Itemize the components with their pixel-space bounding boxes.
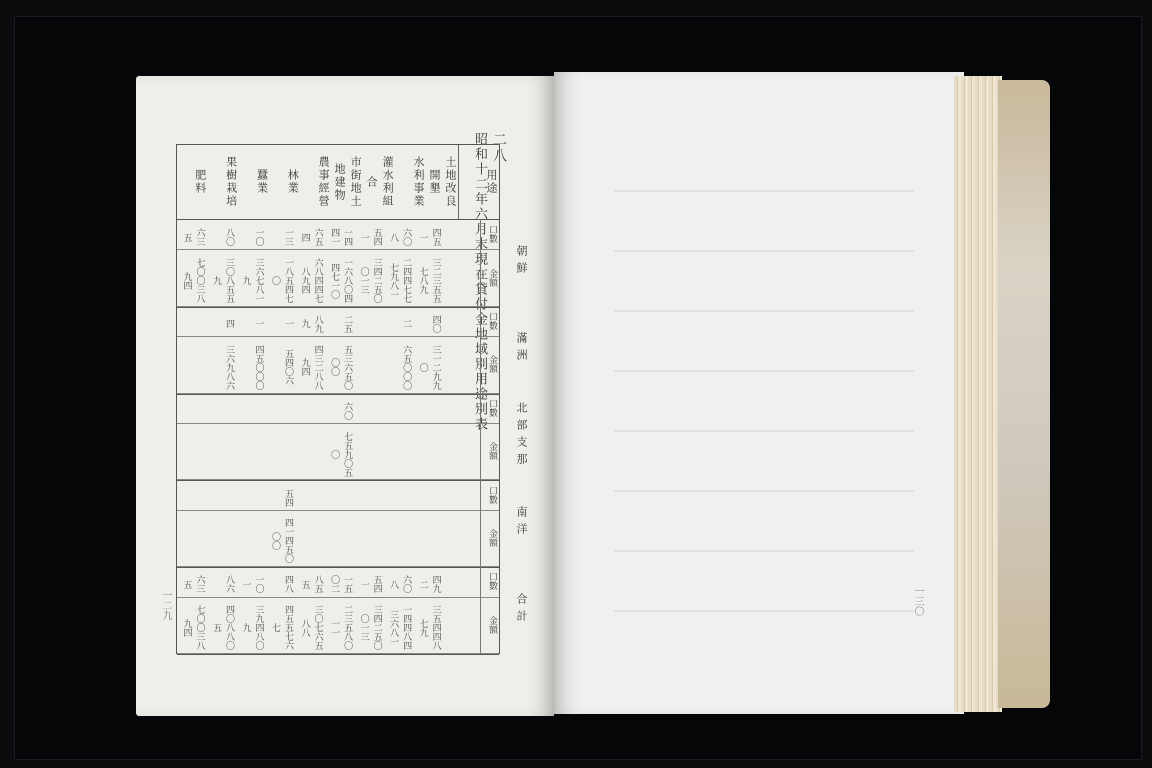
cell-value <box>325 510 355 566</box>
cell-value: 四〇八八〇五 <box>207 597 237 653</box>
bleed-through-text <box>614 132 914 652</box>
cell-value: 四一四五〇〇〇 <box>266 510 296 566</box>
use-label: 蠶業 <box>239 145 270 219</box>
cell-value: 六〇八 <box>384 566 414 596</box>
left-page-number: 一二九 <box>158 590 173 620</box>
sub-row-amount: 金額三二三五五七八九二四四七七七九八一三四二五〇〇一三一六八〇四四七一〇六八四四… <box>177 249 499 306</box>
cell-value <box>354 423 384 479</box>
region-block: 南洋口數五四金額四一四五〇〇〇 <box>177 479 499 568</box>
cell-value: 五四〇六 <box>266 336 296 392</box>
use-header-row: 用途 土地改良開墾 水利事業 灌水利組合 市街地土地建物 農事經營 林業 蠶業 … <box>177 145 499 220</box>
cell-value: 一 <box>266 306 296 336</box>
cell-value: 一〇一 <box>236 566 266 596</box>
cell-value: 四八 <box>266 566 296 596</box>
sub-row-count: 口數四五一六〇八五四一一四四一六五四一三一〇八〇六三五 <box>177 219 499 250</box>
value-row: 三二三五五七八九二四四七七七九八一三四二五〇〇一三一六八〇四四七一〇六八四四七八… <box>177 249 481 305</box>
sub-label: 金額 <box>480 510 499 566</box>
cell-value <box>413 510 443 566</box>
use-label: 肥料 <box>177 145 208 219</box>
cell-value: 三九四八〇九 <box>236 597 266 653</box>
cell-value: 三四二五〇〇一三 <box>354 249 384 305</box>
cell-value <box>207 510 237 566</box>
use-label: 果樹栽培 <box>208 145 239 219</box>
sub-row-amount: 金額四一四五〇〇〇 <box>177 510 499 567</box>
table-body: 朝鮮口數四五一六〇八五四一一四四一六五四一三一〇八〇六三五金額三二三五五七八九二… <box>177 219 499 653</box>
sub-label: 口數 <box>480 479 499 509</box>
cell-value: 三一二九九〇 <box>413 336 443 392</box>
cell-value <box>354 336 384 392</box>
cell-value <box>177 479 207 509</box>
cell-value <box>177 306 207 336</box>
use-label: 林業 <box>269 145 300 219</box>
book-cover-edge <box>998 80 1050 708</box>
sub-label: 金額 <box>480 597 499 653</box>
cell-value: 七五九〇五〇 <box>325 423 355 479</box>
cell-value <box>325 479 355 509</box>
cell-value: 三〇七六五八八 <box>295 597 325 653</box>
cell-value <box>354 510 384 566</box>
cell-value: 三四二五〇〇一三 <box>354 597 384 653</box>
cell-value <box>236 423 266 479</box>
spacer <box>443 336 481 392</box>
cell-value: 四三二八八九四 <box>295 336 325 392</box>
cell-value: 五三六五〇〇〇 <box>325 336 355 392</box>
value-row: 四〇二二五八九九一一四 <box>177 306 481 336</box>
left-page: 二八 昭和十二年六月末現在貸付金地域別用途別表 用途 土地改良開墾 水利事業 灌… <box>136 76 554 716</box>
use-label: 灌水利組合 <box>363 145 395 219</box>
cell-value <box>354 306 384 336</box>
cell-value <box>236 479 266 509</box>
cell-value: 三二三五五七八九 <box>413 249 443 305</box>
spacer <box>443 219 481 249</box>
value-row: 四五一六〇八五四一一四四一六五四一三一〇八〇六三五 <box>177 219 481 249</box>
cell-value: 四五一 <box>413 219 443 249</box>
cell-value: 五四一 <box>354 219 384 249</box>
cell-value: 四五〇〇〇 <box>236 336 266 392</box>
cell-value: 一〇 <box>236 219 266 249</box>
value-row: 五四 <box>177 479 481 509</box>
cell-value: 八五五 <box>295 566 325 596</box>
cell-value <box>207 479 237 509</box>
cell-value: 八六 <box>207 566 237 596</box>
use-label: 土地改良開墾 <box>426 145 458 219</box>
sub-label: 口數 <box>480 393 499 423</box>
sub-label: 口數 <box>480 306 499 336</box>
value-row: 三一二九九〇六五〇〇〇五三六五〇〇〇四三二八八九四五四〇六四五〇〇〇三六九八六 <box>177 336 481 392</box>
use-label: 市街地土地建物 <box>331 145 363 219</box>
sub-label: 口數 <box>480 566 499 596</box>
cell-value: 五四一 <box>354 566 384 596</box>
use-label: 水利事業 <box>395 145 426 219</box>
cell-value: 一六八〇四四七一〇 <box>325 249 355 305</box>
cell-value <box>207 393 237 423</box>
region-block: 滿洲口數四〇二二五八九九一一四金額三一二九九〇六五〇〇〇五三六五〇〇〇四三二八八… <box>177 306 499 395</box>
cell-value: 二五 <box>325 306 355 336</box>
spacer <box>443 479 481 509</box>
cell-value: 一 <box>236 306 266 336</box>
cell-value <box>236 510 266 566</box>
cell-value <box>295 510 325 566</box>
cell-value: 六八四四七八九四 <box>295 249 325 305</box>
sub-label: 金額 <box>480 249 499 305</box>
cell-value <box>384 510 414 566</box>
cell-value: 一四四一 <box>325 219 355 249</box>
region-block: 北部支那口數六〇金額七五九〇五〇 <box>177 393 499 482</box>
cell-value <box>354 393 384 423</box>
value-row: 七五九〇五〇 <box>177 423 481 479</box>
cell-value: 七〇〇三八九四 <box>177 597 207 653</box>
value-row: 三五四四八七九一四四八四三六八一三四二五〇〇一三二三五八〇一一三〇七六五八八四五… <box>177 597 481 653</box>
cell-value <box>384 393 414 423</box>
cell-value <box>413 423 443 479</box>
cell-value: 三六七八一九 <box>236 249 266 305</box>
cell-value <box>295 393 325 423</box>
data-table: 用途 土地改良開墾 水利事業 灌水利組合 市街地土地建物 農事經營 林業 蠶業 … <box>176 144 500 654</box>
right-page-number: 一三〇 <box>910 586 925 616</box>
cell-value: 一四四八四三六八一 <box>384 597 414 653</box>
sub-row-amount: 金額七五九〇五〇 <box>177 423 499 480</box>
cell-value: 四九二 <box>413 566 443 596</box>
region-label: 合計 <box>501 566 529 653</box>
cell-value <box>207 423 237 479</box>
value-row: 四一四五〇〇〇 <box>177 510 481 566</box>
right-page: 一三〇 <box>554 72 964 714</box>
region-label: 滿洲 <box>501 306 529 393</box>
open-book: 二八 昭和十二年六月末現在貸付金地域別用途別表 用途 土地改良開墾 水利事業 灌… <box>132 70 1052 720</box>
cell-value: 八九九 <box>295 306 325 336</box>
row-header: 用途 <box>458 145 499 219</box>
cell-value <box>177 336 207 392</box>
cell-value <box>266 423 296 479</box>
cell-value: 一五〇二 <box>325 566 355 596</box>
spacer <box>443 423 481 479</box>
cell-value: 四 <box>207 306 237 336</box>
cell-value: 八〇 <box>207 219 237 249</box>
sub-row-count: 口數四九二六〇八五四一一五〇二八五五四八一〇一八六六三五 <box>177 566 499 597</box>
sub-row-count: 口數五四 <box>177 479 499 510</box>
sub-label: 口數 <box>480 219 499 249</box>
cell-value: 一三 <box>266 219 296 249</box>
spacer <box>443 306 481 336</box>
cell-value <box>413 479 443 509</box>
cell-value: 六〇 <box>325 393 355 423</box>
cell-value: 六五〇〇〇 <box>384 336 414 392</box>
cell-value: 三〇八五五九 <box>207 249 237 305</box>
cell-value <box>384 423 414 479</box>
sub-row-amount: 金額三一二九九〇六五〇〇〇五三六五〇〇〇四三二八八九四五四〇六四五〇〇〇三六九八… <box>177 336 499 393</box>
cell-value: 四五五七六七 <box>266 597 296 653</box>
spacer <box>443 566 481 596</box>
spacer <box>443 510 481 566</box>
region-block: 朝鮮口數四五一六〇八五四一一四四一六五四一三一〇八〇六三五金額三二三五五七八九二… <box>177 219 499 308</box>
cell-value <box>413 393 443 423</box>
sub-label: 金額 <box>480 423 499 479</box>
sub-row-amount: 金額三五四四八七九一四四八四三六八一三四二五〇〇一三二三五八〇一一三〇七六五八八… <box>177 597 499 654</box>
cell-value: 二四四七七七九八一 <box>384 249 414 305</box>
cell-value: 六三五 <box>177 219 207 249</box>
cell-value <box>266 393 296 423</box>
cell-value: 二 <box>384 306 414 336</box>
sub-label: 金額 <box>480 336 499 392</box>
cell-value: 一八五四七〇 <box>266 249 296 305</box>
sub-row-count: 口數六〇 <box>177 393 499 424</box>
value-row: 六〇 <box>177 393 481 423</box>
cell-value <box>236 393 266 423</box>
cell-value <box>295 479 325 509</box>
cell-value: 七〇〇三八九四 <box>177 249 207 305</box>
use-label: 農事經營 <box>300 145 331 219</box>
spacer <box>443 393 481 423</box>
cell-value: 二三五八〇一一 <box>325 597 355 653</box>
sub-row-count: 口數四〇二二五八九九一一四 <box>177 306 499 337</box>
spacer <box>443 597 481 653</box>
cell-value <box>384 479 414 509</box>
cell-value: 六五四 <box>295 219 325 249</box>
cell-value: 六三五 <box>177 566 207 596</box>
cell-value <box>354 479 384 509</box>
cell-value: 四〇 <box>413 306 443 336</box>
cell-value: 五四 <box>266 479 296 509</box>
cell-value: 六〇八 <box>384 219 414 249</box>
cell-value: 三五四四八七九 <box>413 597 443 653</box>
region-label: 朝鮮 <box>501 219 529 306</box>
region-label: 南洋 <box>501 479 529 566</box>
cell-value <box>177 423 207 479</box>
page-edges <box>954 76 1002 712</box>
cell-value <box>177 510 207 566</box>
region-block: 合計口數四九二六〇八五四一一五〇二八五五四八一〇一八六六三五金額三五四四八七九一… <box>177 566 499 655</box>
spacer <box>443 249 481 305</box>
cell-value: 三六九八六 <box>207 336 237 392</box>
region-label: 北部支那 <box>501 393 529 480</box>
cell-value <box>295 423 325 479</box>
cell-value <box>177 393 207 423</box>
value-row: 四九二六〇八五四一一五〇二八五五四八一〇一八六六三五 <box>177 566 481 596</box>
